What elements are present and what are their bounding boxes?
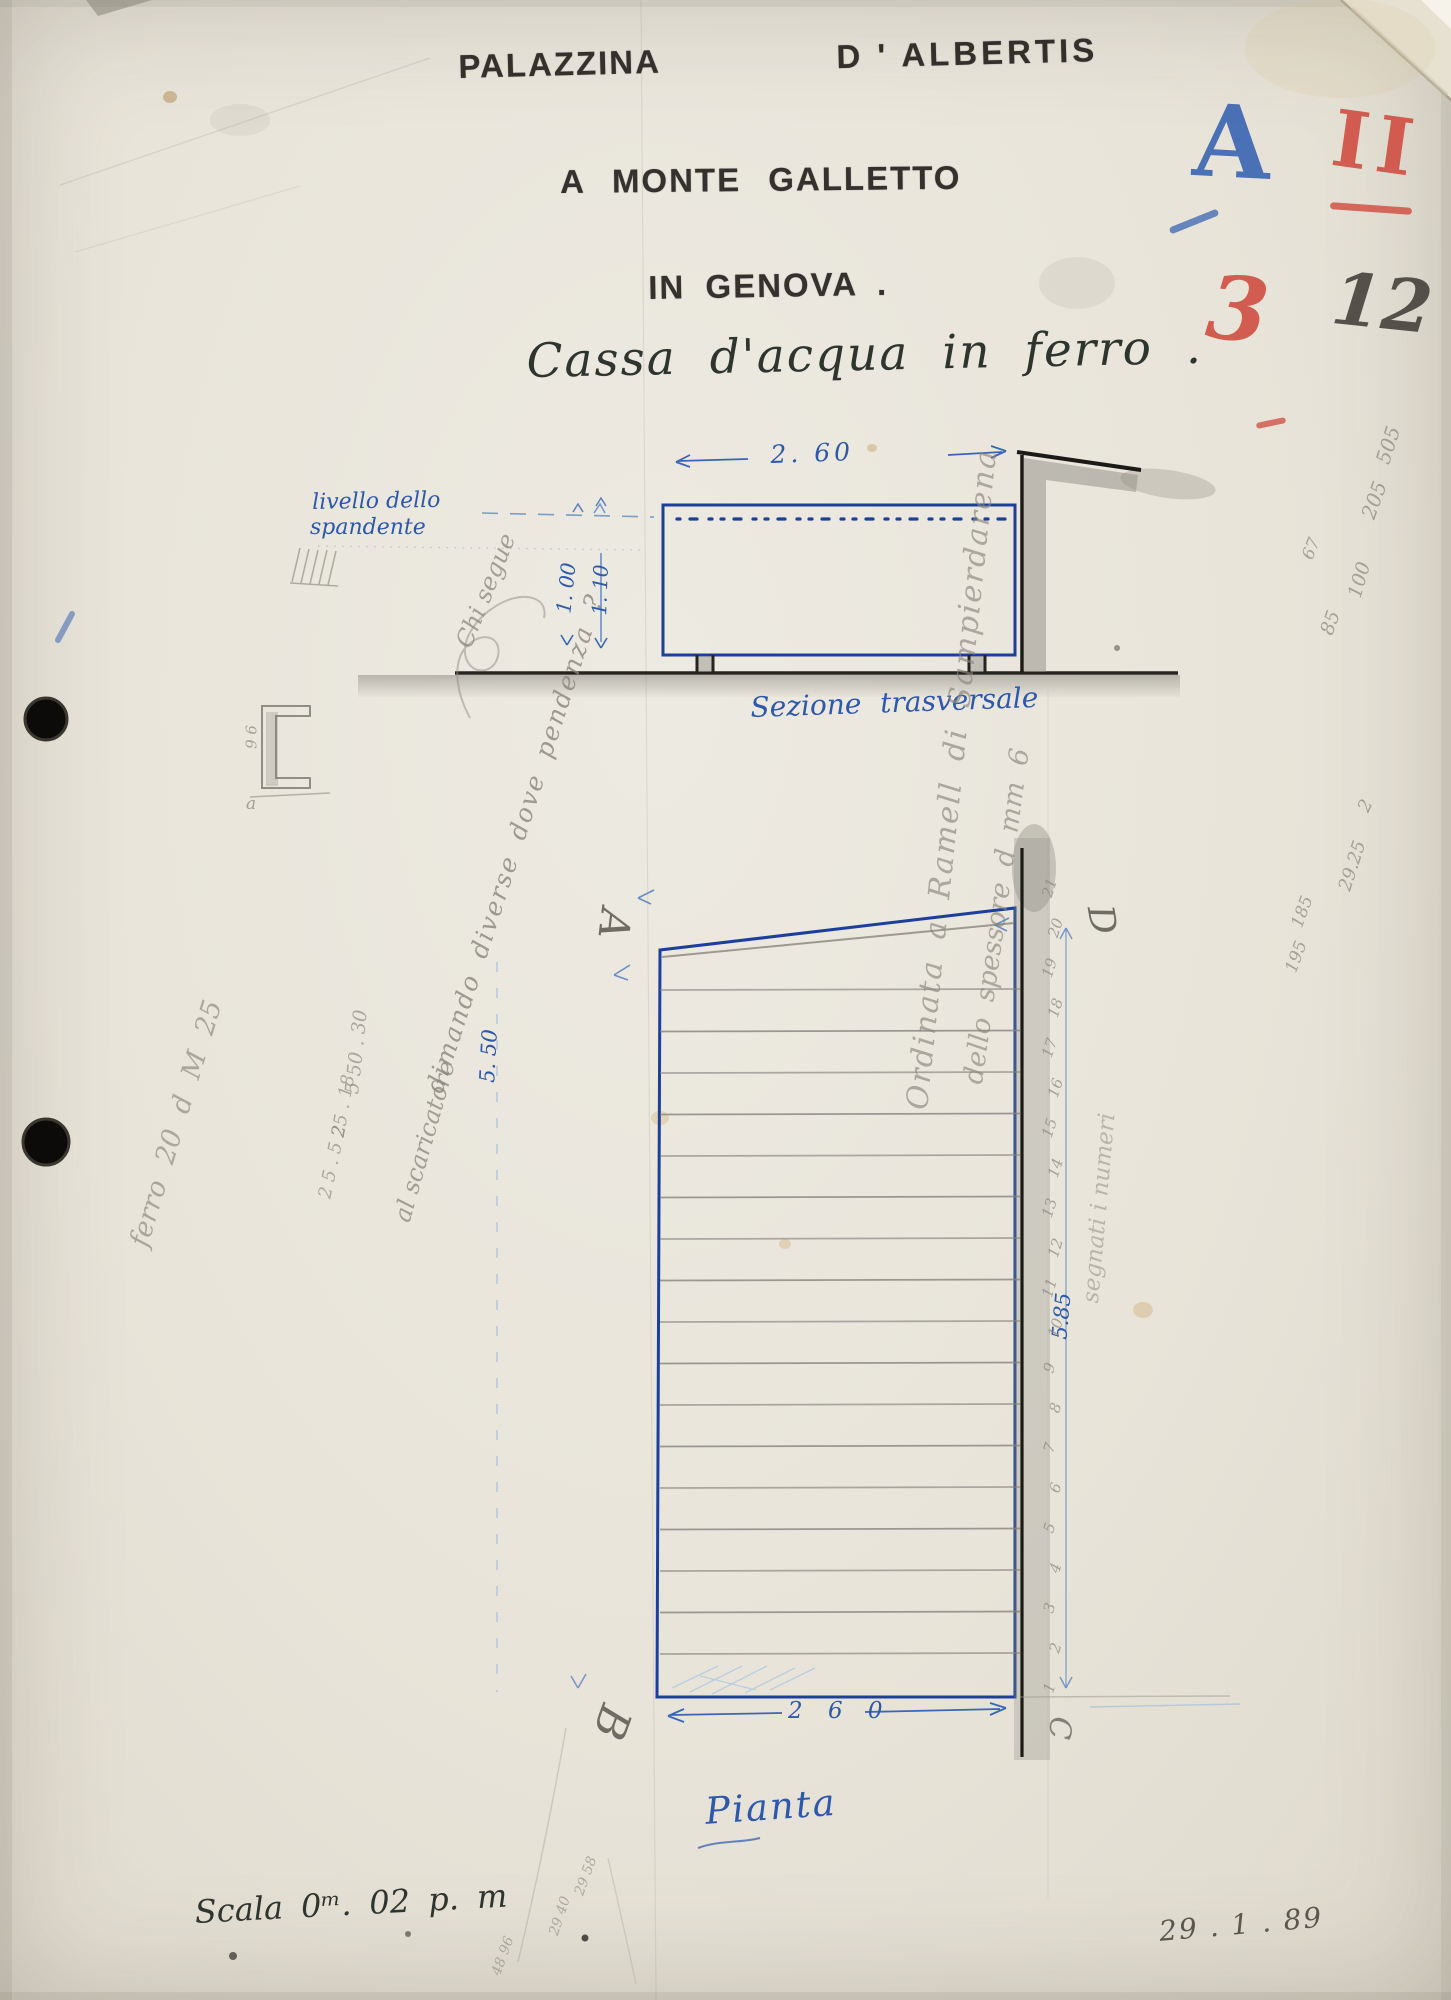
handwritten-title: Cassa d'acqua in ferro . — [526, 324, 1203, 385]
margin-sketch-profile — [250, 706, 330, 797]
stain — [1039, 257, 1115, 309]
paper-edge-shade — [0, 0, 12, 2000]
section-wall-wash — [1024, 458, 1138, 672]
plan-corner-label-a: A — [591, 906, 636, 941]
ink-speck — [405, 1931, 411, 1937]
dim-arrow — [676, 455, 748, 467]
punch-hole — [25, 698, 67, 740]
punch-hole — [23, 1119, 69, 1165]
plan-dim-bottom: 2 6 0 — [788, 1700, 892, 1723]
paper-edge-shade — [1441, 0, 1451, 2000]
faint-dotted-line — [318, 546, 640, 550]
stain — [779, 1239, 791, 1249]
stain — [1133, 1302, 1153, 1318]
archive-mark-blue-a: A — [1191, 90, 1274, 194]
plan-corner-label-d: D — [1081, 903, 1121, 938]
pencil-extension-line — [1020, 1696, 1230, 1697]
water-level-label-line1: livello dello — [312, 490, 441, 514]
blue-crayon-tick — [58, 614, 72, 640]
profile-numbers: 9 6 — [245, 725, 260, 749]
plan-hatch-lines — [660, 989, 1020, 1654]
stamp-palazzina: PALAZZINA — [458, 45, 661, 83]
plan-dim-left: 5. 50 — [477, 1029, 501, 1083]
stamp-dalbertis: D ' ALBERTIS — [836, 33, 1099, 73]
ink-speck — [1114, 645, 1120, 651]
caption-flourish — [698, 1838, 760, 1848]
pencil-stroke — [608, 1858, 636, 1984]
plan-outline — [657, 908, 1015, 1697]
stain — [210, 104, 270, 136]
margin-sketch-hatch — [290, 548, 338, 586]
water-level-label-line2: spandente — [310, 517, 426, 539]
dim-line — [1090, 1704, 1240, 1707]
archive-mark-red-ii: II — [1327, 100, 1426, 190]
archive-mark-red-3: 3 — [1203, 262, 1273, 356]
profile-label: a — [246, 796, 256, 813]
paper-edge-shade — [0, 1992, 1451, 2000]
dim-arrow — [571, 1674, 586, 1688]
paper-corner-mark — [86, 0, 152, 16]
tank-leg — [696, 656, 714, 672]
ink-speck — [582, 1935, 589, 1942]
plan-corner-label-c: C — [1043, 1715, 1075, 1740]
paper-edge-shade — [0, 0, 1451, 7]
stamp-line-3: IN GENOVA . — [648, 267, 888, 304]
paper-crease — [75, 186, 300, 252]
stamp-line-2: A MONTE GALLETTO — [560, 161, 962, 198]
ink-speck — [229, 1952, 237, 1960]
stain — [867, 444, 877, 452]
stain — [1245, 0, 1435, 98]
section-dim-height-inner: 1. 00 — [553, 562, 578, 615]
plan-blue-hatch — [672, 1666, 815, 1694]
stain — [163, 91, 177, 103]
scanned-drawing-sheet: PALAZZINA D ' ALBERTIS A MONTE GALLETTO … — [0, 0, 1451, 2000]
water-level-leader — [482, 513, 654, 517]
plan-caption: Pianta — [704, 1784, 838, 1830]
archive-mark-pencil-12: 12 — [1328, 262, 1435, 344]
section-dim-width: 2. 60 — [770, 439, 854, 467]
